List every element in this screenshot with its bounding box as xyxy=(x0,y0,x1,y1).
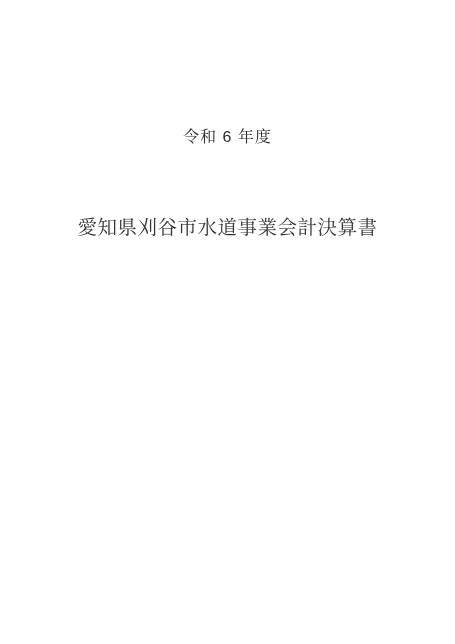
document-title: 愛知県刈谷市水道事業会計決算書 xyxy=(0,217,455,240)
fiscal-year-label: 令和 6 年度 xyxy=(0,128,455,147)
document-page: 令和 6 年度 愛知県刈谷市水道事業会計決算書 xyxy=(0,0,455,644)
